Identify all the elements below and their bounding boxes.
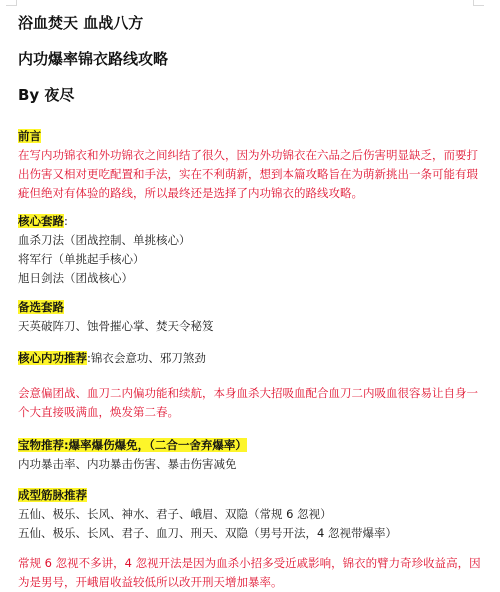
core-routes-heading: 核心套路 (18, 214, 64, 228)
core-internal-text: :锦衣会意功、邪刀煞劲 (87, 351, 206, 365)
treasure-section: 宝物推荐:爆率爆伤爆免，（二合一舍弃爆率） 内功暴击率、内功暴击伤害、暴击伤害减… (18, 436, 486, 474)
alt-routes-heading: 备选套路 (18, 300, 64, 314)
meridian-item: 五仙、极乐、长风、神水、君子、峨眉、双隐（常规 6 忽视） (18, 505, 486, 524)
meridian-note-section: 常规 6 忽视不多讲，4 忽视开法是因为血杀小招多受近戚影响，锦衣的臂力奇珍收益… (18, 554, 486, 592)
core-internal-section: 核心内功推荐:锦衣会意功、邪刀煞劲 (18, 349, 486, 368)
internal-note-section: 会意偏团战、血刀二内偏功能和续航，本身血杀大招吸血配合血刀二内吸血很容易让自身一… (18, 384, 486, 422)
preface-line: 在写内功锦衣和外功锦衣之间纠结了很久，因为外功锦衣在六品之后伤害明显缺乏，而要打 (18, 146, 486, 165)
title-line-1: 浴血焚天 血战八方 (18, 12, 143, 33)
preface-line: 疵但绝对有体验的路线，所以最终还是选择了内功锦衣的路线攻略。 (18, 184, 486, 203)
alt-routes-section: 备选套路 天英破阵刀、蚀骨摧心掌、焚天令秘笈 (18, 298, 486, 336)
core-routes-section: 核心套路: 血杀刀法（团战控制、单挑核心） 将军行（单挑起手核心） 旭日剑法（团… (18, 212, 486, 288)
meridian-note-line: 常规 6 忽视不多讲，4 忽视开法是因为血杀小招多受近戚影响，锦衣的臂力奇珍收益… (18, 554, 486, 573)
crop-mark-top-right (473, 0, 484, 6)
author-line: By 夜尽 (18, 84, 74, 105)
core-route-item: 将军行（单挑起手核心） (18, 250, 486, 269)
preface-line: 出伤害又相对更吃配置和手法，实在不利萌新，想到本篇攻略旨在为萌新挑出一条可能有瑕 (18, 165, 486, 184)
treasure-heading: 宝物推荐:爆率爆伤爆免，（二合一舍弃爆率） (18, 438, 247, 452)
title-line-2: 内功爆率锦衣路线攻略 (18, 48, 168, 69)
internal-note-line: 个大直接吸满血，焕发第二春。 (18, 403, 486, 422)
core-internal-heading: 核心内功推荐 (18, 351, 87, 365)
meridian-heading: 成型筋脉推荐 (18, 488, 87, 502)
core-route-item: 血杀刀法（团战控制、单挑核心） (18, 231, 486, 250)
meridian-note-line: 为是男号，开峨眉收益较低所以改开刑天增加暴率。 (18, 573, 486, 592)
core-routes-colon: : (64, 214, 68, 228)
meridian-item: 五仙、极乐、长风、君子、血刀、刑天、双隐（男号开法，4 忽视带爆率） (18, 524, 486, 543)
core-route-item: 旭日剑法（团战核心） (18, 269, 486, 288)
treasure-item: 内功暴击率、内功暴击伤害、暴击伤害减免 (18, 455, 486, 474)
preface-section: 前言 在写内功锦衣和外功锦衣之间纠结了很久，因为外功锦衣在六品之后伤害明显缺乏，… (18, 127, 486, 203)
internal-note-line: 会意偏团战、血刀二内偏功能和续航，本身血杀大招吸血配合血刀二内吸血很容易让自身一 (18, 384, 486, 403)
meridian-section: 成型筋脉推荐 五仙、极乐、长风、神水、君子、峨眉、双隐（常规 6 忽视） 五仙、… (18, 486, 486, 543)
alt-route-item: 天英破阵刀、蚀骨摧心掌、焚天令秘笈 (18, 317, 486, 336)
crop-mark-top-left (6, 0, 17, 6)
preface-heading: 前言 (18, 129, 41, 143)
